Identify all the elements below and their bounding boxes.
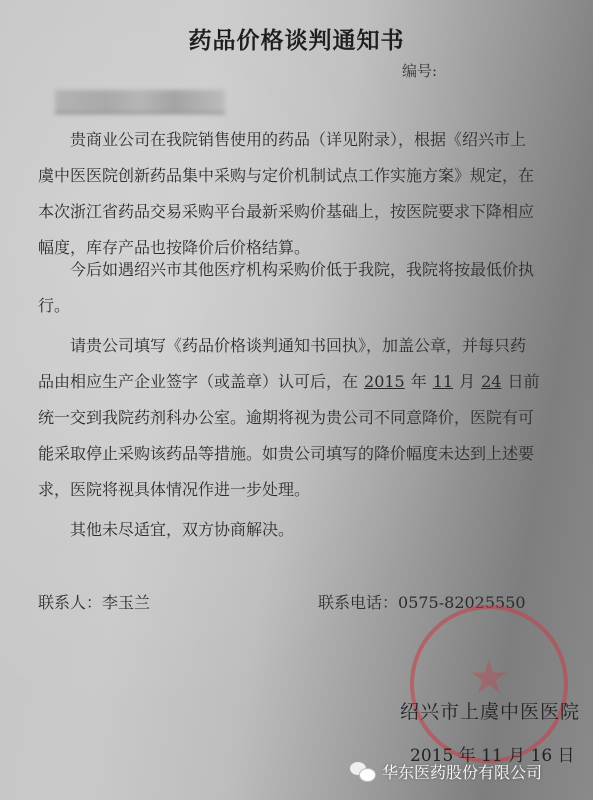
paragraph-1: 贵商业公司在我院销售使用的药品（详见附录），根据《绍兴市上 虞中医医院创新药品集… [38, 122, 548, 266]
text-line: 今后如遇绍兴市其他医疗机构采购价低于我院，我院将按最低价执 [38, 252, 548, 288]
wechat-icon [350, 762, 376, 782]
official-seal: ★ [410, 605, 568, 763]
deadline-month: 11 [427, 372, 459, 391]
contact-phone-label: 联系电话： [318, 593, 398, 612]
issuer-name: 绍兴市上虞中医医院 [400, 697, 580, 724]
text-line: 能采取停止采购该药品等措施。如贵公司填写的降价幅度未达到上述要 [38, 436, 548, 472]
text-segment: 月 [459, 372, 475, 391]
paragraph-3: 请贵公司填写《药品价格谈判通知书回执》，加盖公章，并每只药 品由相应生产企业签字… [38, 328, 548, 508]
text-segment: 年 [411, 372, 427, 391]
paragraph-4: 其他未尽适宜，双方协商解决。 [38, 512, 548, 548]
text-line: 其他未尽适宜，双方协商解决。 [38, 512, 548, 548]
text-line: 求，医院将视具体情况作进一步处理。 [38, 472, 548, 508]
text-line: 统一交到我院药剂科办公室。逾期将视为贵公司不同意降价，医院有可 [38, 400, 548, 436]
text-segment: 日前 [507, 372, 539, 391]
text-line: 行。 [38, 288, 548, 324]
serial-number-label: 编号: [402, 60, 437, 81]
deadline-line: 品由相应生产企业签字（或盖章）认可后，在2015年11月24日前 [38, 364, 548, 400]
star-icon: ★ [468, 650, 509, 704]
text-line: 贵商业公司在我院销售使用的药品（详见附录），根据《绍兴市上 [38, 122, 548, 158]
contact-person: 联系人：李玉兰 [38, 590, 150, 613]
document-title: 药品价格谈判通知书 [0, 22, 593, 55]
notice-document: 药品价格谈判通知书 编号: 贵商业公司在我院销售使用的药品（详见附录），根据《绍… [0, 0, 593, 800]
watermark-text: 华东医药股份有限公司 [382, 760, 542, 783]
account-watermark: 华东医药股份有限公司 [350, 760, 542, 783]
paragraph-2: 今后如遇绍兴市其他医疗机构采购价低于我院，我院将按最低价执 行。 [38, 252, 548, 324]
deadline-day: 24 [475, 372, 507, 391]
contact-person-name: 李玉兰 [102, 593, 150, 612]
text-line: 请贵公司填写《药品价格谈判通知书回执》，加盖公章，并每只药 [38, 328, 548, 364]
contact-person-label: 联系人： [38, 593, 102, 612]
text-line: 本次浙江省药品交易采购平台最新采购价基础上，按医院要求下降相应 [38, 194, 548, 230]
text-segment: 品由相应生产企业签字（或盖章）认可后，在 [38, 372, 358, 391]
text-line: 虞中医医院创新药品集中采购与定价机制试点工作实施方案》规定，在 [38, 158, 548, 194]
redacted-recipient [55, 90, 225, 114]
deadline-year: 2015 [358, 372, 411, 391]
